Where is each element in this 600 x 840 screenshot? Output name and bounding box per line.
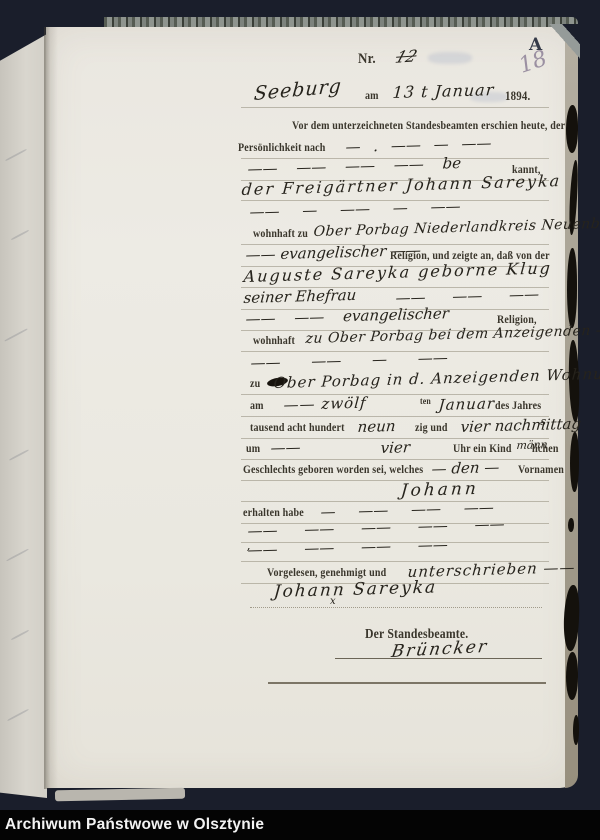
residence2-row: wohnhaft zu Ober Porbag bei dem Anzeigen… <box>235 331 563 351</box>
printed-ten: ten <box>420 396 431 406</box>
printed-wohnhaft-zu: wohnhaft zu <box>253 228 308 240</box>
printed-tausend: tausend acht hundert <box>250 422 345 434</box>
month-entry: Januar <box>438 394 496 414</box>
nr-label: Nr. <box>358 51 376 68</box>
signature1-row: Johann Sareyka <box>235 582 563 604</box>
printed-des-jahres: des Jahres <box>495 400 541 412</box>
dash-row: —— —— —— —— <box>235 541 563 561</box>
signature2-row: Brüncker <box>235 642 563 666</box>
printed-vorgelesen: Vorgelesen, genehmigt und <box>267 567 386 579</box>
birthplace-row: zu Ober Porbag in d. Anzeigenden Wohnung <box>235 374 563 394</box>
closing-rule-line <box>268 682 546 684</box>
printed-geschlechts: Geschlechts geboren worden sei, welches <box>243 464 423 476</box>
day-entry: —— zwölf <box>283 394 367 414</box>
name-row: Johann <box>235 481 563 501</box>
record-number-row: Nr. 12 <box>235 48 563 72</box>
handwritten-dash: —— <box>270 438 301 457</box>
am-label: am <box>365 90 379 102</box>
unit-entry: vier nachmittag <box>460 415 582 436</box>
printed-intro: Vor dem unterzeichneten Standesbeamten e… <box>292 120 565 132</box>
declarant-signature: Johann Sareyka <box>273 577 438 602</box>
birthdate-row: am —— zwölf ten Januar des Jahres <box>235 396 563 416</box>
printed-um: um <box>246 443 260 455</box>
printed-uhr-kind: Uhr ein Kind <box>453 443 512 455</box>
sex-line-row: Geschlechts geboren worden sei, welches … <box>235 460 563 480</box>
declarant-row: der Freigärtner Johann Sareyka <box>235 180 563 200</box>
printed-label: Persönlichkeit nach <box>238 142 326 154</box>
stray-mark: ʼ <box>246 546 250 560</box>
ehefrau-entry: seiner Ehefrau <box>243 286 357 307</box>
sup-mark: s <box>540 415 547 428</box>
year-label: 1894. <box>505 89 530 104</box>
printed-lichen: lichen <box>532 443 559 455</box>
registrar-signature: Brüncker <box>390 637 490 662</box>
place-date-row: Seeburg am 13 t Januar 1894. <box>235 83 563 107</box>
article-entry: — den — <box>431 458 500 478</box>
decade-entry: neun <box>357 417 396 436</box>
separator-dotted-line <box>250 607 542 608</box>
mother-row: Auguste Sareyka geborne Klug <box>235 267 563 287</box>
document-content: A 18 Nr. 12 Seeburg am 13 t Januar 1894.… <box>0 0 600 840</box>
printed-zu: zu <box>250 378 260 390</box>
printed-am: am <box>250 400 264 412</box>
handwritten-dashes: —— —— —— <box>395 285 540 307</box>
signature-x-mark: x <box>330 596 336 607</box>
archive-caption-bar: Archiwum Państwowe w Olsztynie <box>0 810 600 840</box>
year-words-row: tausend acht hundert neun zig und vier n… <box>235 418 563 438</box>
standesbeamte-row: Der Standesbeamte. <box>235 622 563 642</box>
printed-zig-und: zig und <box>415 422 448 434</box>
child-name-entry: Johann <box>400 479 480 501</box>
intro-row: Vor dem unterzeichneten Standesbeamten e… <box>235 116 563 136</box>
printed-wohnhaft: wohnhaft <box>253 335 295 347</box>
archive-caption: Archiwum Państwowe w Olsztynie <box>0 810 600 839</box>
place-entry: Seeburg <box>253 75 343 105</box>
record-number-entry: 12 <box>393 46 420 67</box>
time-entry: vier <box>380 438 411 457</box>
time-row: um —— vier Uhr ein Kind männ lichen <box>235 439 563 459</box>
date-entry: 13 t Januar <box>392 80 495 102</box>
printed-erhalten: erhalten habe <box>243 507 304 519</box>
handwritten-dashes: — . —— — —— <box>345 134 492 156</box>
archival-photo: A 18 Nr. 12 Seeburg am 13 t Januar 1894.… <box>0 0 600 840</box>
printed-vornamen: Vornamen <box>518 464 564 476</box>
